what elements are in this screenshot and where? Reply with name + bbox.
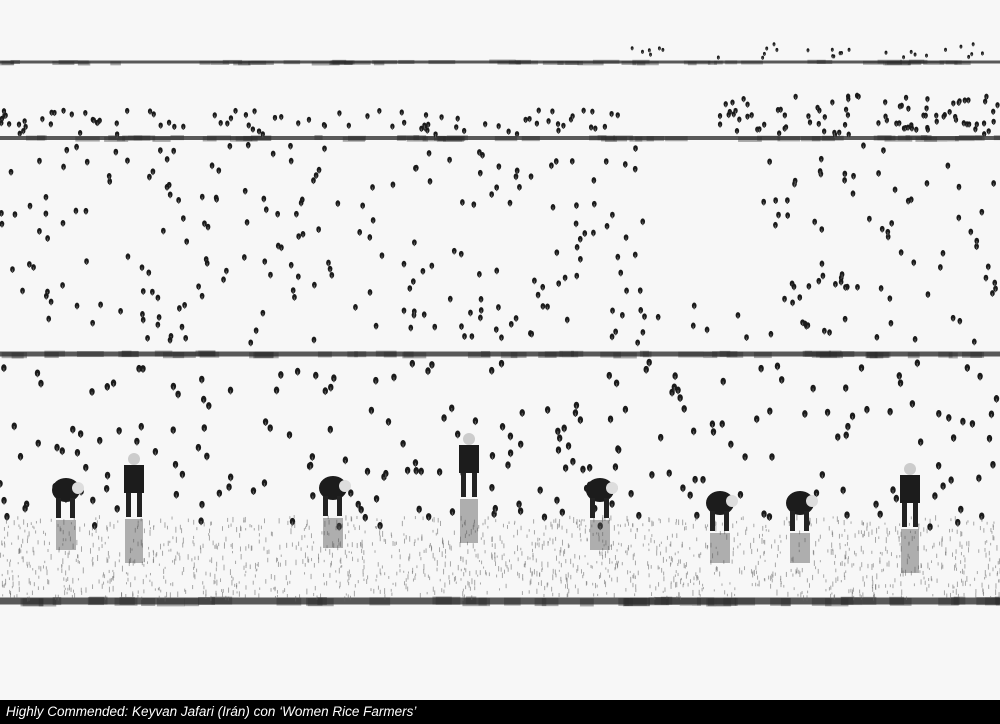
rice-farmer-figure	[52, 478, 84, 550]
rice-farmer-figure	[459, 433, 479, 543]
rice-farmer-figure	[319, 476, 351, 548]
rice-field-scene	[0, 0, 1000, 700]
rice-farmer-figure	[586, 478, 618, 550]
photograph	[0, 0, 1000, 700]
rice-farmer-figure	[900, 463, 920, 573]
caption-bar: Highly Commended: Keyvan Jafari (Irán) c…	[0, 700, 1000, 724]
rice-farmer-figure	[124, 453, 144, 563]
photo-caption: Highly Commended: Keyvan Jafari (Irán) c…	[6, 703, 416, 721]
